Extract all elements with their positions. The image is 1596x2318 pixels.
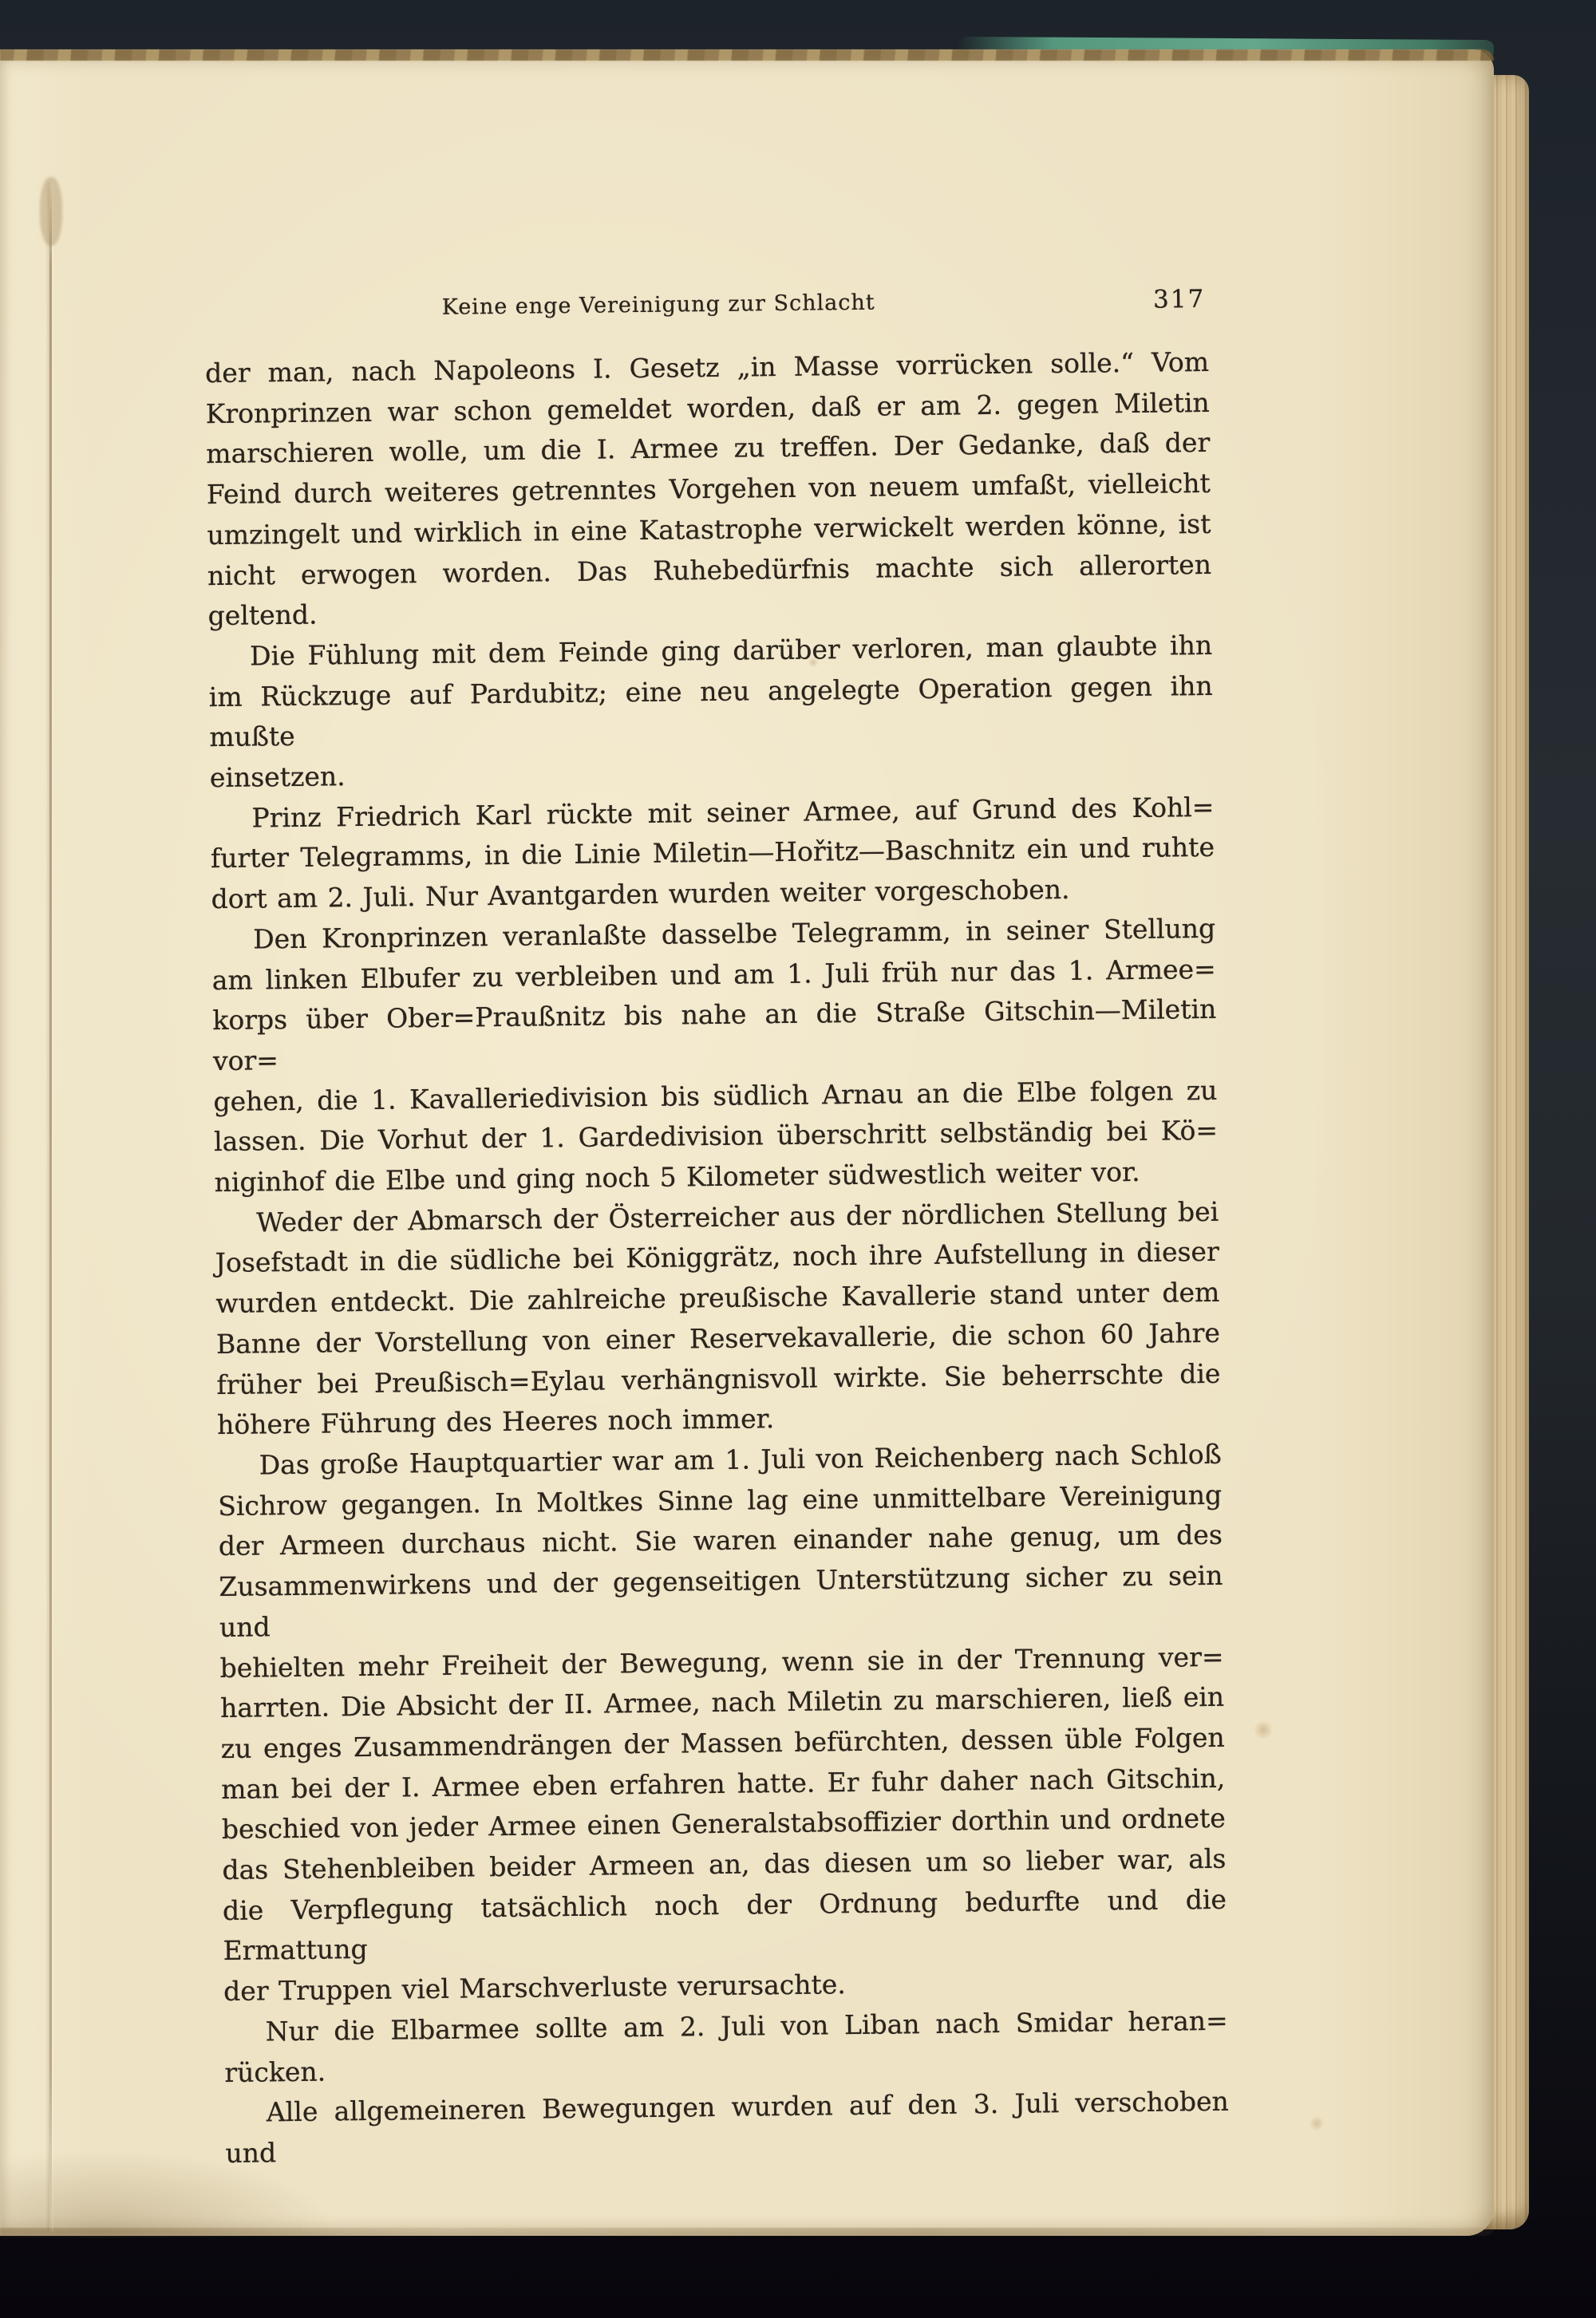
paragraph: Den Kronprinzen veranlaßte dasselbe Tele… [211,909,1219,1203]
paragraph: Das große Hauptquartier war am 1. Juli v… [217,1435,1227,2012]
paragraph: Alle allgemeineren Bewegungen wurden auf… [225,2082,1230,2174]
scan-background: { "document": { "language": "de", "runni… [0,0,1596,2318]
paragraph: Nur die Elbarmee sollte am 2. Juli von L… [223,2001,1228,2094]
page-text: der man, nach Napoleons I. Gesetz „in Ma… [205,342,1230,2174]
paragraph: Die Fühlung mit dem Feinde ging darüber … [208,626,1214,799]
paper-stain [1253,1721,1274,1739]
text-line: im Rückzuge auf Pardubitz; eine neu ange… [208,665,1213,758]
text-line: Alle allgemeineren Bewegungen wurden auf… [225,2082,1230,2174]
printed-text-area: Keine enge Vereinigung zur Schlacht 317 … [204,283,1230,2174]
book-page: Keine enge Vereinigung zur Schlacht 317 … [0,49,1494,2236]
header-title: Keine enge Vereinigung zur Schlacht [156,284,1160,327]
gutter-crease [49,184,52,2231]
paper-tear-mark [40,177,62,246]
paragraph: Weder der Abmarsch der Österreicher aus … [215,1192,1221,1446]
header-page-number: 317 [1153,283,1206,316]
running-header: Keine enge Vereinigung zur Schlacht 317 [204,283,1208,326]
text-line: korps über Ober=Praußnitz bis nahe an di… [212,989,1217,1082]
text-line: die Verpflegung tatsächlich noch der Ord… [223,1879,1227,1972]
paragraph: der man, nach Napoleons I. Gesetz „in Ma… [205,342,1212,637]
text-line: nicht erwogen worden. Das Ruhebedürfnis … [207,544,1212,637]
paper-stain [1309,2116,1325,2130]
worn-top-edge [0,49,1494,61]
text-line: Zusammenwirkens und der gegenseitigen Un… [219,1556,1223,1649]
paragraph: Prinz Friedrich Karl rückte mit seiner A… [210,788,1215,920]
